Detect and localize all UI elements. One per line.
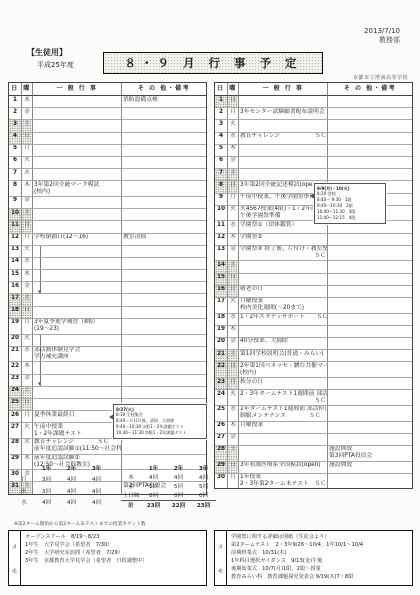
lesson-count-note: ※第2ターム開始から第2ターム末テストまでの授業カウント数 [14, 521, 146, 527]
other-note-cell [122, 108, 206, 120]
weekday-cell: 土 [228, 350, 239, 362]
date-cell: 19 [215, 326, 228, 338]
other-note-cell [122, 439, 206, 455]
count-cell: 5回 [166, 482, 191, 491]
issuing-department: 教務部 [364, 36, 400, 45]
other-note-cell [122, 307, 206, 319]
day-column-header: 日 [215, 83, 228, 96]
weekday-cell: 日 [22, 133, 33, 145]
weekday-cell: 木 [228, 326, 239, 338]
count-total-cell: 22回 [166, 500, 191, 510]
weekday-cell: 金 [228, 338, 239, 350]
audience-label: 【生徒用】 [27, 47, 67, 58]
other-note-cell [328, 145, 412, 157]
table-row: 15日 [215, 274, 412, 286]
date-cell: 3 [9, 120, 22, 132]
date-cell: 19 [9, 319, 22, 335]
general-event-cell: 月曜授業校内美化週間(～20まで) [239, 298, 328, 314]
count-cell: 4回 [84, 487, 109, 499]
date-cell: 18 [215, 314, 228, 326]
count-header: 1年 [141, 464, 166, 473]
count-cell: 4回 [59, 476, 84, 488]
weekday-cell: 火 [228, 390, 239, 406]
table-row: 17火月曜授業校内美化週間(～20まで) [215, 298, 412, 314]
weekday-cell: 木 [22, 181, 33, 197]
table-row: 28水教育チャレンジ ＳＣ前年度追認試験①(11:50～社会科教室) [9, 439, 206, 455]
other-note-cell [328, 286, 412, 298]
date-cell: 22 [215, 362, 228, 378]
other-note-cell: 教室清掃 [122, 234, 206, 246]
general-event-cell: 3年センター試験願書配布説明会 ＳＣ [239, 108, 328, 120]
school-year-label: 平成25年度 [37, 60, 74, 70]
table-row: 24土 [9, 387, 206, 399]
table-row: 3土 [9, 120, 206, 132]
weekday-cell: 土 [22, 387, 33, 399]
table-row: 1日 [215, 96, 412, 108]
other-note-cell: 施設開放第3回PTA役員会 [328, 446, 412, 462]
table-row: 6金 [215, 157, 412, 169]
weekday-cell: 金 [228, 157, 239, 169]
general-event-cell: 敬老の日 [239, 286, 328, 298]
table-row: 29日3年看護医療系全国模試(open)施設開放 [215, 462, 412, 474]
general-event-cell: 1年タームテスト1週間前 部活停止制服メンテナンス ＳＣ [239, 406, 328, 422]
table-row: 12木学園祭② [215, 234, 412, 246]
table-row: 11日 [9, 221, 206, 233]
september-calendar: 日 曜 一 般 行 事 そ の 他・備考 1日2月3年センター試験願書配布説明会… [214, 82, 413, 495]
weekday-cell: 火 [22, 246, 33, 258]
weekday-cell: 月 [22, 319, 33, 335]
general-event-cell: 秋分の日 [239, 378, 328, 390]
other-note-cell [122, 169, 206, 181]
date-cell: 3 [215, 120, 228, 132]
other-note-cell [122, 347, 206, 363]
august-timetable-note: 8/27(火) 8:30 全校集会8:40～ＳＨＲ後、清掃、大掃除9:40～10… [113, 404, 207, 439]
school-name: 京都市立塔南高等学校 [353, 74, 408, 81]
other-note-cell [122, 246, 206, 258]
other-note-cell [122, 319, 206, 335]
lesson-count-left: 1年2年3年月3回4回4回火3回4回4回水4回4回4回 [14, 464, 109, 510]
table-row: 5月 [9, 145, 206, 157]
weekday-cell: 木 [22, 96, 33, 108]
count-total-cell: 23回 [141, 500, 166, 510]
other-note-cell [122, 197, 206, 209]
general-event-cell: 3年第2回全統マーク模試(校内) [33, 181, 122, 197]
date-cell: 2 [215, 108, 228, 120]
weekday-cell: 水 [22, 347, 33, 363]
count-header: 3年 [84, 464, 109, 476]
other-note-cell [122, 181, 206, 197]
issue-meta: 2013/7/10 教務部 [364, 27, 400, 46]
date-cell: 6 [9, 157, 22, 169]
memo-content: 学園祭に関する詳細は別紙（生徒会より）第2タームテスト 2・3年9/26～10/… [227, 531, 412, 585]
general-event-cell: 40分授業、大掃除 [239, 338, 328, 350]
table-row: 16月敬老の日 [215, 286, 412, 298]
weekday-cell: 月 [228, 378, 239, 390]
other-note-cell [328, 261, 412, 273]
date-cell: 16 [9, 282, 22, 294]
other-note-cell [122, 258, 206, 270]
date-cell: 7 [9, 169, 22, 181]
table-row: 13火 [9, 246, 206, 258]
date-cell: 21 [9, 347, 22, 363]
other-note-cell [328, 406, 412, 422]
weekday-cell: 日 [22, 221, 33, 233]
table-row: 7水 [9, 169, 206, 181]
weekday-column-header: 曜 [228, 83, 239, 96]
date-cell: 9 [9, 197, 22, 209]
table-row: 14土 [215, 261, 412, 273]
general-event-cell [239, 446, 328, 462]
other-note-cell [328, 350, 412, 362]
other-note-cell [122, 221, 206, 233]
table-row: 24火2・3年タームテスト1週間前 部活停止ＳＣ [215, 390, 412, 406]
date-cell: 27 [215, 434, 228, 446]
table-row: 8木3年第2回全統マーク模試(校内) [9, 181, 206, 197]
count-cell: 火 [14, 487, 34, 499]
general-event-cell: 月曜授業 [239, 422, 328, 434]
general-event-cell [33, 157, 122, 169]
page-title: ８・９ 月 行 事 予 定 [103, 52, 323, 74]
weekday-cell: 木 [228, 234, 239, 246]
table-row: 10土 [9, 209, 206, 221]
weekday-cell: 土 [22, 294, 33, 306]
general-event-cell [239, 157, 328, 169]
count-cell: 水 [14, 499, 34, 511]
count-header: 2年 [166, 464, 191, 473]
general-event-cell [33, 120, 122, 132]
general-event-cell [239, 145, 328, 157]
date-cell: 2 [9, 108, 22, 120]
table-row: 23金 [9, 375, 206, 387]
table-row: 3火 [215, 120, 412, 132]
general-event-cell: 2年第1回ベネッセ・駿台共催マーク(校内) [239, 362, 328, 378]
other-note-cell [328, 133, 412, 145]
date-cell: 16 [215, 286, 228, 298]
count-cell: 金 [121, 482, 141, 491]
weekday-cell: 金 [22, 282, 33, 294]
other-note-cell [328, 474, 412, 489]
table-row: 14水 [9, 258, 206, 270]
count-cell: 3回 [34, 487, 59, 499]
general-events-column-header: 一 般 行 事 [33, 83, 122, 96]
general-event-cell: 1・2年スタディサポート ＳＣ [239, 314, 328, 326]
other-note-cell [122, 294, 206, 306]
date-cell: 5 [9, 145, 22, 157]
table-row: 22日2年第1回ベネッセ・駿台共催マーク(校内) [215, 362, 412, 378]
date-cell: 15 [9, 270, 22, 282]
date-cell: 24 [215, 390, 228, 406]
date-cell: 12 [9, 234, 22, 246]
weekday-cell: 日 [228, 274, 239, 286]
count-cell: 木 [121, 473, 141, 482]
memo-label: メモ [215, 531, 227, 585]
weekday-cell: 木 [22, 362, 33, 374]
date-cell: 10 [9, 209, 22, 221]
weekday-cell: 金 [22, 197, 33, 209]
general-event-cell [239, 274, 328, 286]
weekday-cell: 水 [228, 133, 239, 145]
date-cell: 4 [9, 133, 22, 145]
september-timetable-note: 9/9(月)・10(火) 8:20 登校8:40～ 9:30 1限9:40～10… [314, 183, 386, 224]
count-cell: 4回 [84, 499, 109, 511]
august-calendar: 日 曜 一 般 行 事 そ の 他・備考 1木消防設備点検2金3土4日5月6火7… [8, 82, 207, 495]
weekday-cell: 木 [22, 270, 33, 282]
general-event-cell [33, 399, 122, 411]
table-row: 19木 [215, 326, 412, 338]
date-cell: 12 [215, 234, 228, 246]
general-event-cell: 教育チャレンジ ＳＣ前年度追認試験①(11:50～社会科教室) [33, 439, 122, 455]
table-row: 26木月曜授業 [215, 422, 412, 434]
table-row: 30月1年授業2・3年第2ターム末テスト ＳＣ [215, 474, 412, 489]
weekday-cell: 火 [228, 298, 239, 314]
general-event-cell [33, 258, 122, 270]
count-header: 1年 [34, 464, 59, 476]
date-cell: 1 [9, 96, 22, 108]
other-note-cell [328, 434, 412, 446]
count-cell: 4回 [141, 473, 166, 482]
count-cell: 4回 [34, 499, 59, 511]
table-row: 22木 [9, 362, 206, 374]
other-note-cell [328, 246, 412, 262]
date-cell: 18 [9, 307, 22, 319]
general-event-cell: 学校閉鎖日(12～16) [33, 234, 122, 246]
count-header: 2年 [59, 464, 84, 476]
general-event-cell: 部活動体験見学会学力補充講座 [33, 347, 122, 363]
weekday-cell: 木 [228, 145, 239, 157]
weekday-cell: 木 [228, 422, 239, 434]
table-row: 18日 [9, 307, 206, 319]
table-row: 4水教育チャレンジ ＳＣ [215, 133, 412, 145]
date-cell: 25 [215, 406, 228, 422]
other-note-cell [328, 314, 412, 326]
weekday-cell: 土 [22, 120, 33, 132]
date-cell: 20 [215, 338, 228, 350]
date-cell: 22 [9, 362, 22, 374]
date-cell: 20 [9, 335, 22, 347]
note-lines: 8:30 全校集会8:40～ＳＨＲ後、清掃、大掃除9:40～10:30 ①限1・… [116, 412, 204, 436]
general-event-cell [33, 145, 122, 157]
date-cell: 27 [9, 423, 22, 439]
weekday-cell: 火 [22, 423, 33, 439]
general-event-cell: 3年夏季進学補習（Ⅱ期）(19～23) [33, 319, 122, 335]
other-note-cell [328, 362, 412, 378]
date-cell: 10 [215, 206, 228, 222]
calendar-tables: 日 曜 一 般 行 事 そ の 他・備考 1木消防設備点検2金3土4日5月6火7… [8, 82, 413, 495]
note-pointer-icon [109, 414, 114, 420]
memo-box-left: メモ オープンスクール 8/19～8/231年生 大学見学会（希望者 7/30）… [8, 530, 207, 586]
general-event-cell: 教育チャレンジ ＳＣ [239, 133, 328, 145]
weekday-cell: 金 [228, 246, 239, 262]
weekday-cell: 日 [228, 462, 239, 474]
other-note-cell [328, 120, 412, 132]
date-cell: 28 [215, 446, 228, 462]
general-event-cell [33, 387, 122, 399]
date-cell: 14 [215, 261, 228, 273]
date-cell: 24 [9, 387, 22, 399]
weekday-cell: 日 [22, 307, 33, 319]
other-notes-column-header: そ の 他・備考 [328, 83, 412, 96]
count-total-cell: 計 [121, 500, 141, 510]
count-cell: 4回 [84, 476, 109, 488]
date-cell: 11 [215, 221, 228, 233]
table-row: 20金40分授業、大掃除 [215, 338, 412, 350]
count-cell: 0回 [191, 491, 216, 500]
table-row: 23月秋分の日 [215, 378, 412, 390]
general-event-cell [239, 326, 328, 338]
general-event-cell [33, 221, 122, 233]
general-event-cell: 2・3年タームテスト1週間前 部活停止ＳＣ [239, 390, 328, 406]
other-note-cell [328, 169, 412, 181]
lesson-count-table: 1年2年3年月3回4回4回火3回4回4回水4回4回4回 1年2年3年木4回4回4… [14, 464, 210, 510]
table-row: 20火 [9, 335, 206, 347]
weekday-cell: 日 [228, 96, 239, 108]
table-row: 17土 [9, 294, 206, 306]
count-cell: 5回 [141, 482, 166, 491]
table-row: 13金学園祭③ 終了後、片付け・教室整備ＳＣ [215, 246, 412, 262]
table-row: 4日 [9, 133, 206, 145]
general-event-cell [239, 120, 328, 132]
table-row: 27金 [215, 434, 412, 446]
date-cell: 28 [9, 439, 22, 455]
table-row: 5木 [215, 145, 412, 157]
other-note-cell [122, 270, 206, 282]
table-row: 25水1年タームテスト1週間前 部活停止制服メンテナンス ＳＣ [215, 406, 412, 422]
date-cell: 26 [9, 411, 22, 423]
general-event-cell [239, 261, 328, 273]
other-note-cell [328, 326, 412, 338]
september-rows: 1日2月3年センター試験願書配布説明会 ＳＣ3火4水教育チャレンジ ＳＣ5木6金… [215, 96, 412, 488]
other-note-cell [328, 422, 412, 434]
weekday-cell: 月 [228, 108, 239, 120]
weekday-cell: 日 [22, 399, 33, 411]
table-row: 16金 [9, 282, 206, 294]
count-header: 3年 [191, 464, 216, 473]
general-event-cell [33, 197, 122, 209]
general-event-cell [33, 96, 122, 108]
date-cell: 9 [215, 194, 228, 206]
count-cell: 月 [14, 476, 34, 488]
table-row: 19月3年夏季進学補習（Ⅱ期）(19～23) [9, 319, 206, 335]
other-note-cell [122, 120, 206, 132]
general-event-cell [33, 335, 122, 347]
date-cell: 6 [215, 157, 228, 169]
general-event-cell [33, 294, 122, 306]
memo-box-right: メモ 学園祭に関する詳細は別紙（生徒会より）第2タームテスト 2・3年9/26～… [214, 530, 413, 586]
count-cell: 0回 [166, 491, 191, 500]
count-cell: 4回 [59, 499, 84, 511]
general-event-cell [239, 169, 328, 181]
count-cell: 0回 [141, 491, 166, 500]
lesson-count-right: 1年2年3年木4回4回4回金5回5回5回土日㈷0回0回0回計23回22回23回 [121, 464, 216, 510]
date-cell: 25 [9, 399, 22, 411]
other-note-cell [122, 387, 206, 399]
other-note-cell [328, 298, 412, 314]
other-note-cell [122, 375, 206, 387]
weekday-cell: 月 [228, 474, 239, 489]
count-cell: 土日㈷ [121, 491, 141, 500]
other-note-cell [122, 282, 206, 294]
date-cell: 23 [215, 378, 228, 390]
general-event-cell [33, 108, 122, 120]
weekday-cell: 金 [22, 108, 33, 120]
count-cell: 3回 [34, 476, 59, 488]
date-cell: 5 [215, 145, 228, 157]
other-note-cell [328, 390, 412, 406]
weekday-cell: 水 [228, 406, 239, 422]
general-event-cell [33, 133, 122, 145]
date-cell: 4 [215, 133, 228, 145]
general-event-cell: 学園祭③ 終了後、片付け・教室整備ＳＣ [239, 246, 328, 262]
table-row: 6火 [9, 157, 206, 169]
weekday-cell: 日 [228, 362, 239, 378]
date-cell: 29 [215, 462, 228, 474]
table-row: 15木 [9, 270, 206, 282]
date-cell: 1 [215, 96, 228, 108]
other-note-cell [328, 96, 412, 108]
count-header [121, 464, 141, 473]
general-event-cell: 3年看護医療系全国模試(open) [239, 462, 328, 474]
other-note-cell [328, 157, 412, 169]
memo-content: オープンスクール 8/19～8/231年生 大学見学会（希望者 7/30）2年生… [21, 531, 206, 585]
general-event-cell [33, 270, 122, 282]
other-note-cell [328, 108, 412, 120]
other-note-cell [122, 362, 206, 374]
general-event-cell: 1年授業2・3年第2ターム末テスト ＳＣ [239, 474, 328, 489]
table-row: 28土施設開放第3回PTA役員会 [215, 446, 412, 462]
count-cell: 5回 [191, 482, 216, 491]
general-event-cell: 午前中授業1・2年課題テスト [33, 423, 122, 439]
table-row: 2月3年センター試験願書配布説明会 ＳＣ [215, 108, 412, 120]
other-note-cell [122, 157, 206, 169]
other-note-cell: 消防設備点検 [122, 96, 206, 108]
general-event-cell [33, 169, 122, 181]
weekday-cell: 土 [228, 446, 239, 462]
weekday-cell: 水 [228, 314, 239, 326]
other-note-cell [122, 209, 206, 221]
weekday-cell: 水 [22, 169, 33, 181]
general-event-cell [33, 282, 122, 294]
other-notes-column-header: そ の 他・備考 [122, 83, 206, 96]
count-total-cell: 23回 [191, 500, 216, 510]
general-event-cell [33, 246, 122, 258]
other-note-cell [328, 338, 412, 350]
table-row: 2金 [9, 108, 206, 120]
weekday-cell: 火 [22, 157, 33, 169]
weekday-cell: 月 [22, 145, 33, 157]
table-row: 21土第1回学校説明会(普通・みらい) [215, 350, 412, 362]
table-row: 18水1・2年スタディサポート ＳＣ [215, 314, 412, 326]
count-cell: 4回 [191, 473, 216, 482]
table-row: 1木消防設備点検 [9, 96, 206, 108]
general-event-cell: 学園祭② [239, 234, 328, 246]
other-note-cell [122, 335, 206, 347]
table-row: 21水部活動体験見学会学力補充講座 [9, 347, 206, 363]
date-cell: 7 [215, 169, 228, 181]
august-header-row: 日 曜 一 般 行 事 そ の 他・備考 [9, 83, 206, 96]
table-row: 9金 [9, 197, 206, 209]
weekday-cell: 月 [22, 234, 33, 246]
schedule-sheet: 2013/7/10 教務部 【生徒用】 平成25年度 ８・９ 月 行 事 予 定… [0, 0, 420, 595]
note-pointer-icon [310, 193, 315, 199]
date-cell: 15 [215, 274, 228, 286]
general-event-cell [33, 209, 122, 221]
general-event-cell [239, 96, 328, 108]
weekday-cell: 水 [228, 221, 239, 233]
note-lines: 8:20 登校8:40～ 9:30 1限9:40～10:30 2限10:40～1… [317, 191, 383, 221]
date-cell: 21 [215, 350, 228, 362]
memo-label: メモ [9, 531, 21, 585]
date-cell: 13 [9, 246, 22, 258]
